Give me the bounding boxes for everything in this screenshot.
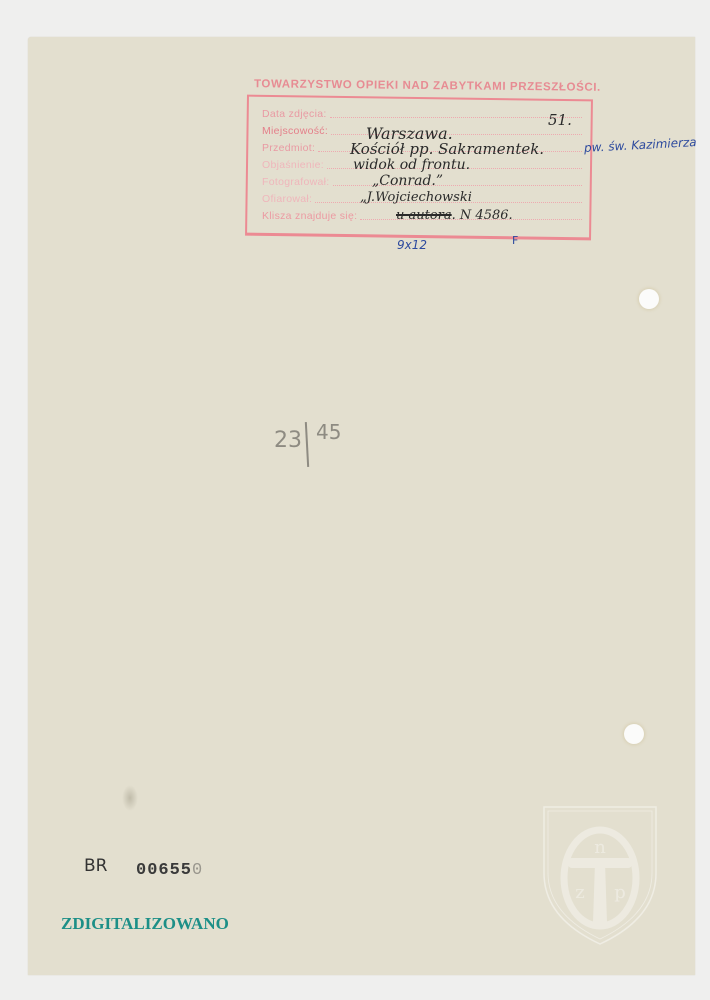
br-label: BR	[84, 856, 107, 876]
pencil-number-left: 23	[274, 428, 302, 453]
handwritten-photographer: „Conrad.”	[372, 173, 443, 189]
punch-hole-top	[639, 289, 659, 309]
handwritten-description: widok od frontu.	[353, 157, 470, 173]
stamp-label: Miejscowość:	[262, 125, 328, 137]
serial-number: 006550	[136, 861, 203, 880]
serial-digits: 00655	[136, 861, 192, 880]
digitized-stamp: ZDIGITALIZOWANO	[61, 914, 229, 934]
svg-text:n: n	[594, 837, 606, 858]
svg-text:z: z	[575, 882, 584, 903]
stamp-label: Przedmiot:	[262, 142, 315, 154]
stamp-label: Klisza znajduje się:	[262, 210, 357, 222]
stain-mark	[122, 785, 138, 811]
struck-text: u autora	[396, 208, 452, 223]
negative-number: . N 4586.	[452, 208, 513, 223]
punch-hole-bottom	[624, 724, 644, 744]
handwritten-number: 51.	[548, 111, 572, 129]
pencil-number-right: 45	[316, 420, 341, 444]
format-note: 9x12	[397, 238, 427, 252]
stamp-label: Fotografował:	[262, 176, 330, 188]
handwritten-subject: Kościół pp. Sakramentek.	[350, 140, 544, 158]
stamp-row-date: Data zdjęcia:	[262, 104, 582, 120]
stamp-label: Data zdjęcia:	[262, 108, 327, 120]
handwritten-negative: u autora. N 4586.	[396, 208, 513, 223]
stamp-label: Ofiarował:	[262, 193, 312, 205]
letter-note: F	[512, 234, 518, 247]
handwritten-donor: „J.Wojciechowski	[360, 190, 472, 205]
stamp-label: Objaśnienie:	[262, 159, 324, 171]
tozp-shield-logo-icon: n z p	[540, 803, 660, 948]
serial-last-digit: 0	[192, 861, 203, 880]
svg-text:p: p	[614, 882, 626, 903]
